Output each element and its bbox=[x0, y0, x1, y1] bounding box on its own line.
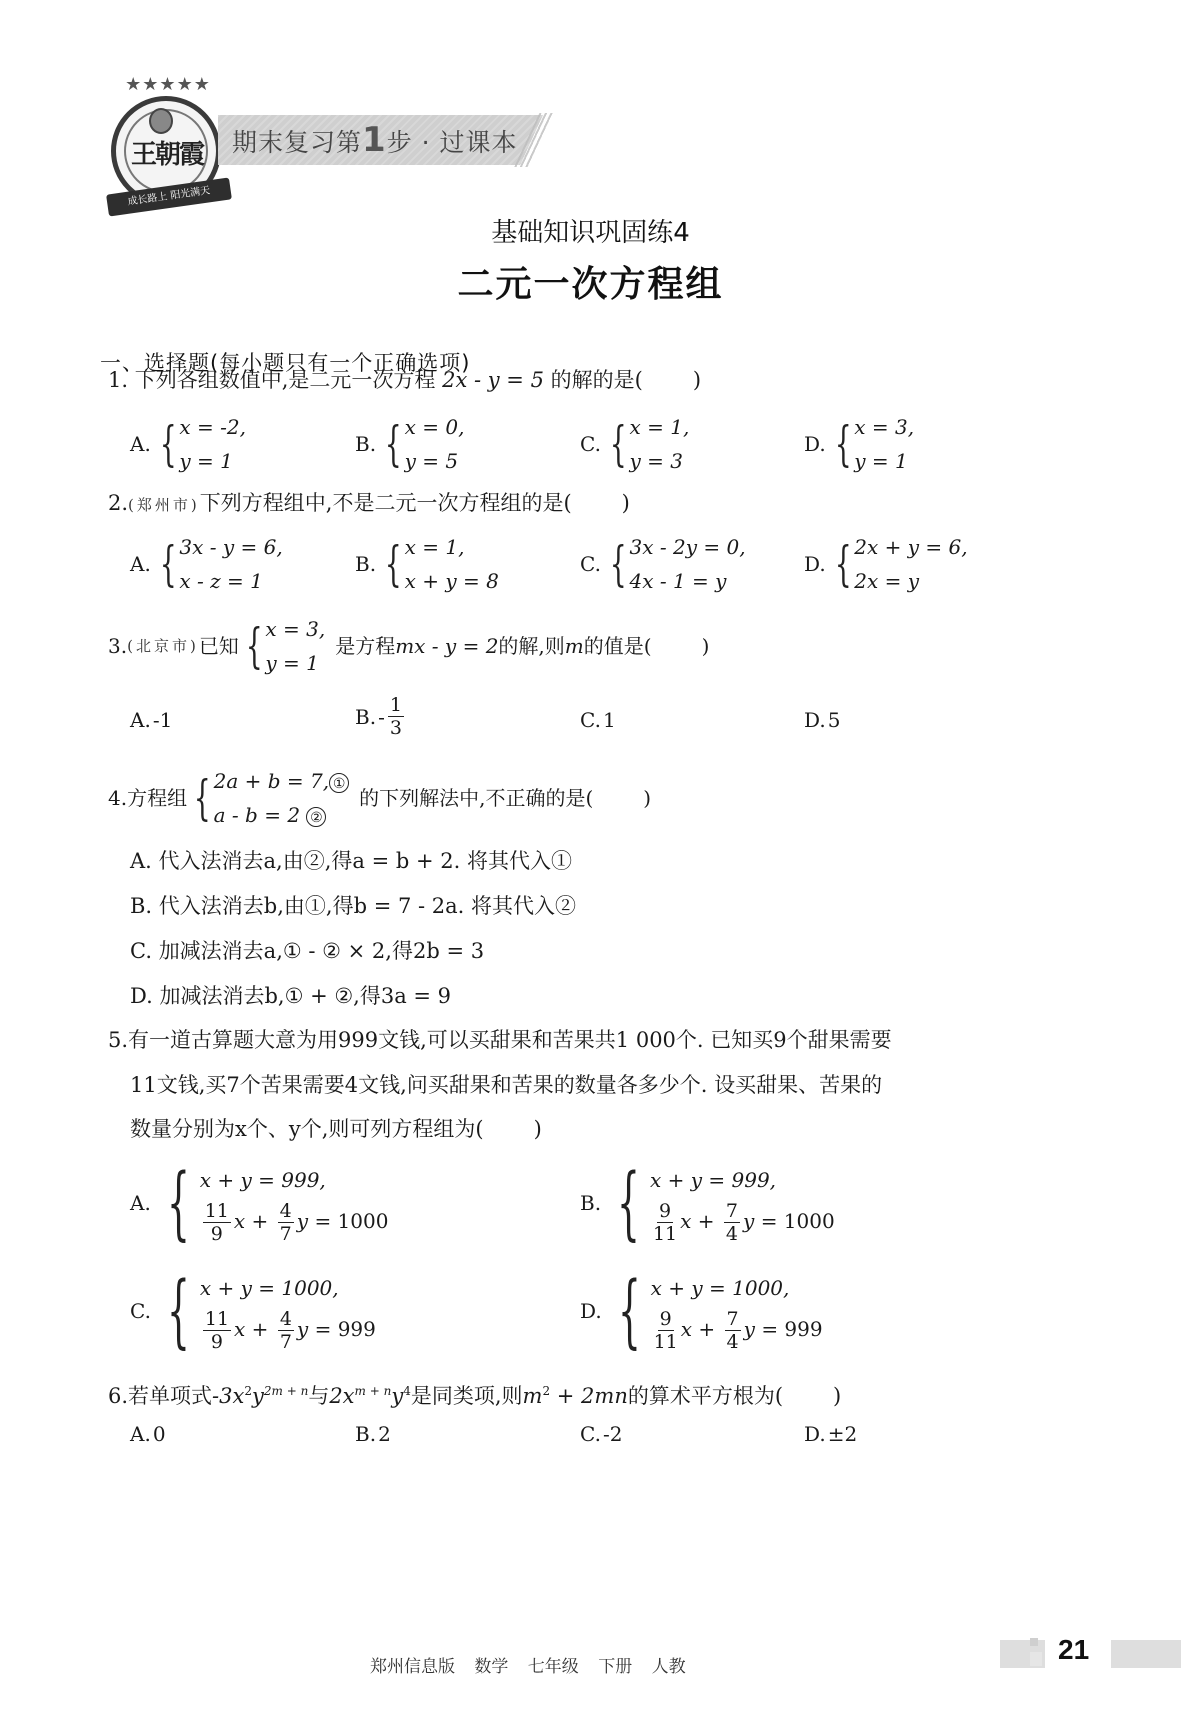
brace-icon: { bbox=[160, 420, 177, 468]
q6-option-a[interactable]: A.0 bbox=[130, 1422, 166, 1446]
question-3: 3.(北京市)已知{ x = 3,y = 1 是方程 mx - y = 2 的解… bbox=[108, 612, 709, 680]
page-number: 21 bbox=[1058, 1634, 1089, 1666]
publisher-logo: ★★★★★ 王朝霞 成长路上 阳光满天 bbox=[103, 74, 233, 209]
q1-option-c[interactable]: C.{ x = 1,y = 3 bbox=[580, 410, 689, 478]
q3-option-a[interactable]: A.-1 bbox=[130, 708, 172, 732]
q5-option-c[interactable]: C.{ x + y = 1000, 119x + 47y = 999 bbox=[130, 1268, 376, 1353]
brace-icon: { bbox=[385, 540, 402, 588]
circled-one: ① bbox=[329, 773, 349, 793]
q1-option-d[interactable]: D.{ x = 3,y = 1 bbox=[804, 410, 914, 478]
brace-icon: { bbox=[618, 1271, 641, 1351]
q4-option-a[interactable]: A. 代入法消去a,由②,得a = b + 2. 将其代入① bbox=[130, 847, 572, 875]
question-6: 6.若单项式-3x2y2m + n与2xm + ny4是同类项,则m2 + 2m… bbox=[108, 1377, 841, 1410]
brace-icon: { bbox=[246, 622, 263, 670]
portrait-icon bbox=[149, 108, 173, 134]
q3-option-d[interactable]: D.5 bbox=[804, 708, 840, 732]
q1-option-a[interactable]: A.{ x = -2,y = 1 bbox=[130, 410, 246, 478]
brace-icon: { bbox=[835, 540, 852, 588]
q2-option-c[interactable]: C.{ 3x - 2y = 0,4x - 1 = y bbox=[580, 530, 746, 598]
brace-icon: { bbox=[610, 420, 627, 468]
brace-icon: { bbox=[160, 540, 177, 588]
brace-icon: { bbox=[617, 1163, 640, 1243]
brace-icon: { bbox=[385, 420, 402, 468]
page-title: 二元一次方程组 bbox=[0, 256, 1181, 307]
question-1: 1. 下列各组数值中,是二元一次方程 2x - y = 5 的解的是() bbox=[108, 366, 701, 394]
brace-icon: { bbox=[835, 420, 852, 468]
decor-square bbox=[1030, 1652, 1042, 1666]
q5-option-a[interactable]: A.{ x + y = 999, 119x + 47y = 1000 bbox=[130, 1160, 388, 1245]
q3-option-b[interactable]: B.- 13 bbox=[355, 694, 407, 739]
q5-option-d[interactable]: D.{ x + y = 1000, 911x + 74y = 999 bbox=[580, 1268, 823, 1353]
page-subtitle: 基础知识巩固练4 bbox=[0, 212, 1181, 249]
question-2: 2.(郑州市)下列方程组中,不是二元一次方程组的是() bbox=[108, 489, 630, 519]
question-5-line-3: 数量分别为x个、y个,则可列方程组为() bbox=[130, 1115, 542, 1143]
q6-option-d[interactable]: D.±2 bbox=[804, 1422, 857, 1446]
brace-icon: { bbox=[167, 1163, 190, 1243]
q4-option-b[interactable]: B. 代入法消去b,由①,得b = 7 - 2a. 将其代入② bbox=[130, 892, 576, 920]
q5-option-b[interactable]: B.{ x + y = 999, 911x + 74y = 1000 bbox=[580, 1160, 835, 1245]
q2-option-a[interactable]: A.{ 3x - y = 6,x - z = 1 bbox=[130, 530, 283, 598]
source-tag: (郑州市) bbox=[128, 496, 200, 514]
footer-edition-info: 郑州信息版 数学 七年级 下册 人教 bbox=[370, 1652, 686, 1677]
q4-option-d[interactable]: D. 加减法消去b,① + ②,得3a = 9 bbox=[130, 982, 451, 1010]
q4-option-c[interactable]: C. 加减法消去a,① - ② × 2,得2b = 3 bbox=[130, 937, 484, 965]
question-5: 5.有一道古算题大意为用999文钱,可以买甜果和苦果共1 000个. 已知买9个… bbox=[108, 1026, 892, 1054]
logo-name: 王朝霞 bbox=[119, 134, 215, 171]
question-4: 4.方程组{ 2a + b = 7,① a - b = 2 ② 的下列解法中,不… bbox=[108, 764, 651, 832]
brace-icon: { bbox=[610, 540, 627, 588]
decor-square bbox=[1030, 1638, 1038, 1646]
series-title: 期末复习第1步 · 过课本 bbox=[232, 118, 518, 165]
q2-option-b[interactable]: B.{ x = 1,x + y = 8 bbox=[355, 530, 499, 598]
brace-icon: { bbox=[194, 774, 211, 822]
circled-two: ② bbox=[306, 807, 326, 827]
question-5-line-2: 11文钱,买7个苦果需要4文钱,问买甜果和苦果的数量各多少个. 设买甜果、苦果的 bbox=[130, 1071, 882, 1099]
q1-option-b[interactable]: B.{ x = 0,y = 5 bbox=[355, 410, 464, 478]
equation: 2x - y = 5 bbox=[442, 368, 544, 392]
q2-option-d[interactable]: D.{ 2x + y = 6,2x = y bbox=[804, 530, 968, 598]
source-tag: (北京市) bbox=[127, 632, 199, 660]
brace-icon: { bbox=[167, 1271, 190, 1351]
q6-option-b[interactable]: B.2 bbox=[355, 1422, 391, 1446]
step-number: 1 bbox=[362, 120, 387, 160]
q6-option-c[interactable]: C.-2 bbox=[580, 1422, 622, 1446]
q3-option-c[interactable]: C.1 bbox=[580, 708, 616, 732]
